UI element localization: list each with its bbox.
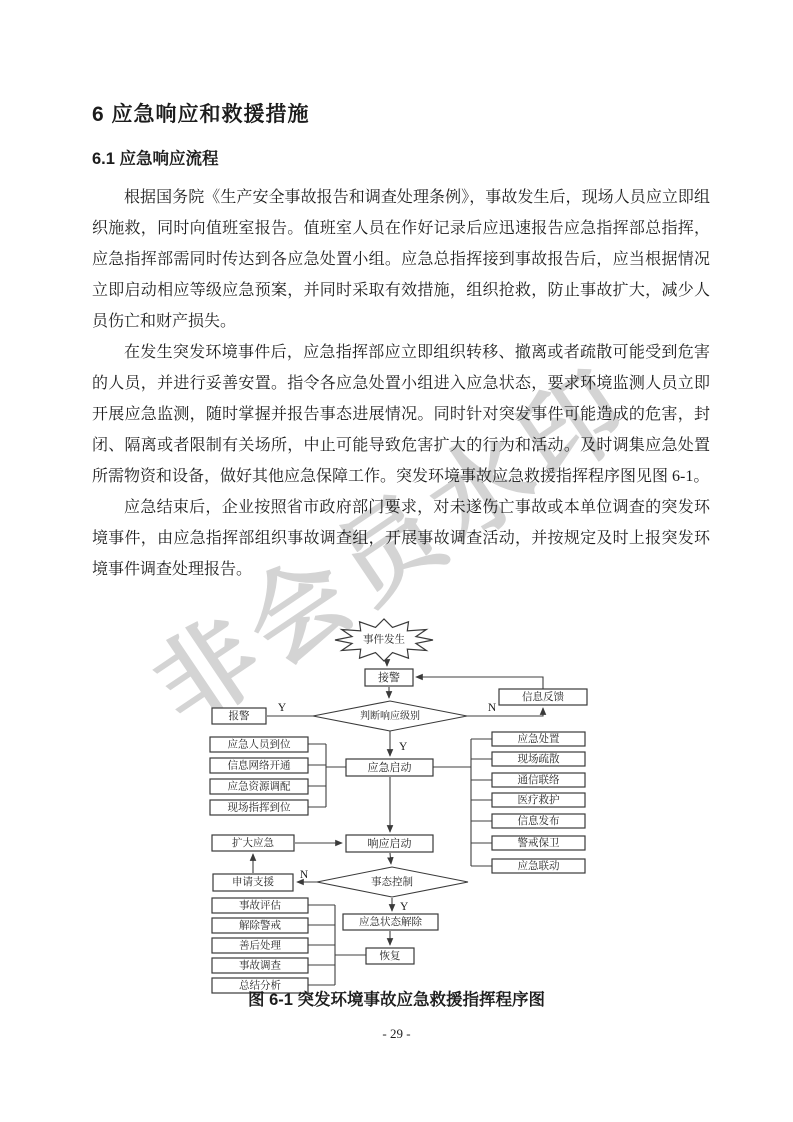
flow-node-yingji-qidong: 应急启动 [346, 759, 433, 776]
flow-label-start: 事件发生 [363, 633, 405, 646]
flow-node-shenqing-zhiyuan: 申请支援 [213, 874, 293, 891]
connector-xiangying-to-diamond2 [390, 853, 391, 864]
flow-label-jiejing: 接警 [378, 670, 400, 684]
flow-label-xinxi-fankui: 信息反馈 [522, 690, 564, 703]
flow-label-bl-3: 事故调查 [239, 959, 281, 972]
flow-label-left-3: 现场指挥到位 [228, 801, 291, 814]
label-y-left: Y [278, 702, 287, 714]
flow-node-kuoda-yingji: 扩大应急 [212, 835, 294, 851]
label-n-right: N [488, 702, 497, 714]
connector-fankui-to-jiejing [416, 677, 543, 689]
flow-label-panduan: 判断响应级别 [360, 709, 420, 722]
figure-caption: 图 6-1 突发环境事故应急救援指挥程序图 [0, 986, 793, 1010]
flow-label-shenqing-zhiyuan: 申请支援 [232, 875, 274, 888]
flow-group-right-column: 应急处置 现场疏散 通信联络 医疗救护 信息发布 警戒保卫 应急联动 [492, 732, 585, 873]
flow-label-zhuangtai-jiechu: 应急状态解除 [359, 915, 422, 928]
flow-node-panduan-diamond: 判断响应级别 [313, 701, 467, 731]
document-page: 非会员水印 6 应急响应和救援措施 6.1 应急响应流程 根据国务院《生产安全事… [0, 0, 793, 1122]
bracket-left-group [308, 744, 346, 807]
flow-label-left-1: 信息网络开通 [228, 759, 291, 772]
flow-label-left-0: 应急人员到位 [228, 738, 291, 751]
flow-node-xinxi-fankui: 信息反馈 [499, 689, 587, 705]
flowchart-svg: Y N Y N Y 事件发生 接警 信息反馈 判断响应级别 报警 [0, 0, 793, 1122]
flow-group-bottom-left-column: 事故评估 解除警戒 善后处理 事故调查 总结分析 [212, 898, 308, 993]
flow-label-yingji-qidong: 应急启动 [368, 760, 412, 774]
flow-label-right-0: 应急处置 [518, 732, 560, 745]
flow-node-baojing: 报警 [212, 708, 266, 724]
flow-label-bl-2: 善后处理 [239, 939, 281, 952]
flow-label-right-4: 信息发布 [518, 814, 560, 827]
flow-label-right-1: 现场疏散 [518, 752, 560, 765]
flow-node-shitai-diamond: 事态控制 [317, 867, 468, 897]
flow-label-shitai: 事态控制 [371, 875, 413, 888]
label-y-down: Y [399, 741, 408, 753]
flow-label-kuoda-yingji: 扩大应急 [232, 836, 274, 849]
flow-label-right-3: 医疗救护 [518, 793, 560, 806]
flow-node-zhuangtai-jiechu: 应急状态解除 [343, 914, 438, 930]
label-y-down2: Y [400, 901, 409, 913]
label-n-left2: N [300, 869, 309, 881]
page-number: - 29 - [0, 1026, 793, 1042]
flow-label-baojing: 报警 [229, 709, 250, 722]
flow-label-left-2: 应急资源调配 [228, 780, 291, 793]
flow-label-bl-0: 事故评估 [239, 899, 281, 912]
bracket-right-group [433, 739, 492, 866]
flow-label-right-6: 应急联动 [518, 859, 560, 872]
flow-node-jiejing: 接警 [365, 669, 413, 686]
flow-label-bl-1: 解除警戒 [239, 919, 281, 932]
flow-node-event-start: 事件发生 [335, 619, 433, 661]
flow-label-huifu: 恢复 [380, 949, 401, 962]
flow-label-xiangying-qidong: 响应启动 [368, 836, 412, 850]
connector-diamond-n-to-fankui [467, 708, 543, 716]
flow-label-right-2: 通信联络 [518, 773, 560, 786]
flow-node-xiangying-qidong: 响应启动 [346, 835, 433, 852]
flow-label-right-5: 警戒保卫 [518, 836, 560, 849]
flow-group-left-column: 应急人员到位 信息网络开通 应急资源调配 现场指挥到位 [210, 737, 308, 815]
flow-node-huifu: 恢复 [366, 948, 414, 964]
